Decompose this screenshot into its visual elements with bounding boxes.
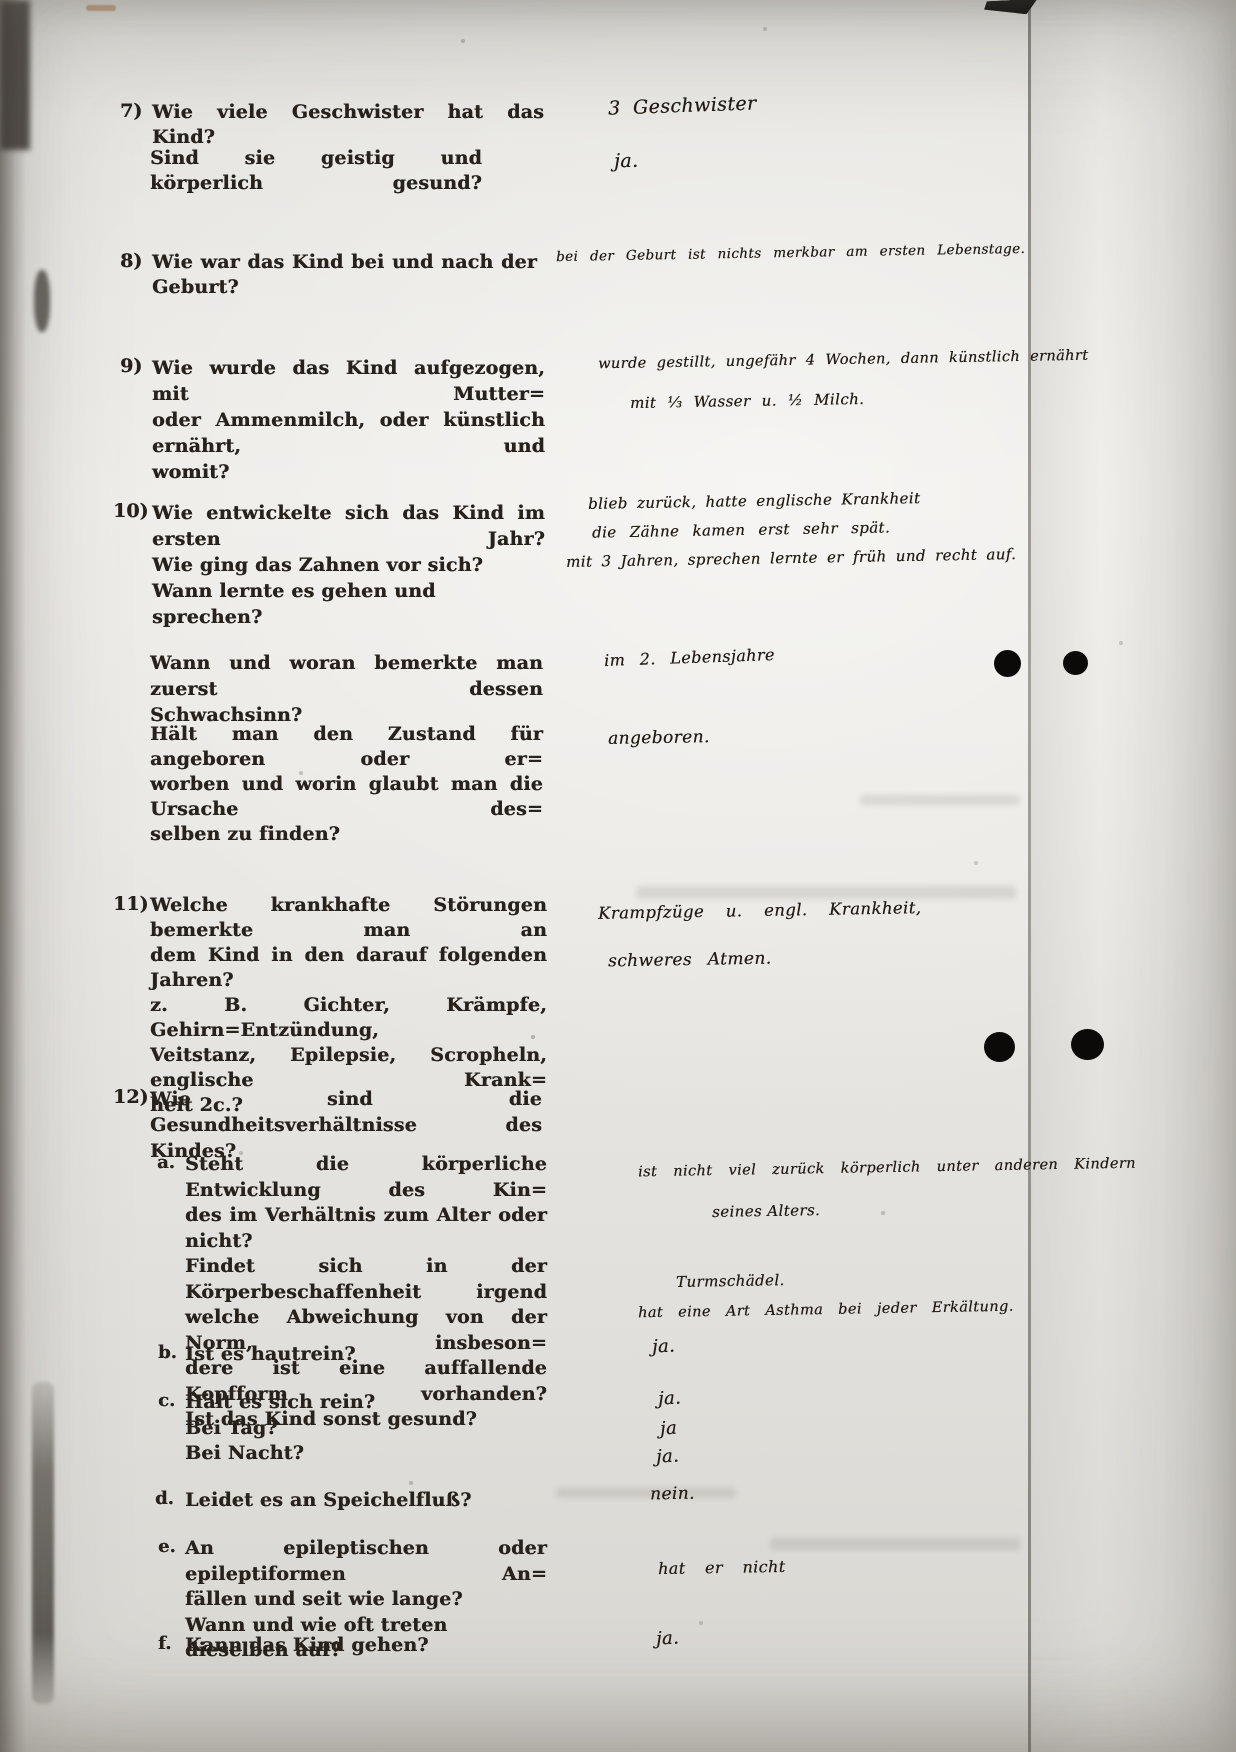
question-line: Wie entwickelte sich das Kind im ersten … [152,500,545,552]
question-line: Bei Tag? [185,1416,547,1442]
handwritten-answer: schweres Atmen. [608,949,772,972]
question-line: Hält man den Zustand für angeboren oder … [150,722,543,772]
question-line: Sind sie geistig und körperlich gesund? [150,146,482,196]
bleedthrough-smudge [636,886,1016,899]
handwritten-answer: nein. [650,1484,695,1505]
handwritten-answer: mit 3 Jahren, sprechen lernte er früh un… [566,545,1017,571]
question-line: fällen und seit wie lange? [185,1587,547,1613]
question-line: oder Ammenmilch, oder künstlich ernährt,… [152,407,545,459]
question-10-number: 10) [113,500,148,522]
scanned-questionnaire-page: 7) Wie viele Geschwister hat das Kind? S… [0,0,1236,1752]
question-line: Leidet es an Speichelfluß? [185,1488,547,1513]
bleedthrough-smudge [770,1538,1020,1550]
handwritten-answer: ja. [652,1336,676,1358]
handwritten-answer: bei der Geburt ist nichts merkbar am ers… [556,241,1025,265]
handwritten-answer: angeboren. [608,727,710,749]
question-line: worben und worin glaubt man die Ursache … [150,772,543,822]
question-line: Hält es sich rein? [185,1390,547,1416]
punch-hole [994,650,1021,677]
item-d-letter: d. [155,1488,174,1509]
handwritten-answer: hat eine Art Asthma bei jeder Erkältung. [638,1299,1014,1322]
handwritten-answer: hat er nicht [658,1557,786,1578]
handwritten-answer: seines Alters. [712,1201,820,1221]
question-11-number: 11) [113,893,148,915]
question-10c-text: Hält man den Zustand für angeboren oder … [150,722,543,847]
question-9-number: 9) [120,355,142,377]
question-line: selben zu finden? [150,822,543,847]
question-7-text-2: Sind sie geistig und körperlich gesund? [150,146,482,196]
question-line: Steht die körperliche Entwicklung des Ki… [185,1152,547,1203]
handwritten-answer: ja. [656,1446,680,1468]
question-7-number: 7) [120,100,142,122]
question-line: Wie viele Geschwister hat das Kind? [152,100,544,150]
item-c-letter: c. [158,1390,175,1411]
bleedthrough-smudge [556,1488,736,1498]
question-line: Wie sind die Gesundheitsverhältnisse des [150,1086,542,1138]
question-10-text: Wie entwickelte sich das Kind im ersten … [152,500,545,630]
question-line: An epileptischen oder epileptiformen An= [185,1536,547,1587]
question-12b-text: Ist es hautrein? [185,1342,547,1367]
question-line: womit? [152,459,545,485]
handwritten-answer: ja. [614,150,639,172]
handwritten-answer: ja. [656,1628,680,1650]
item-a-letter: a. [157,1152,175,1173]
question-line: Bei Nacht? [185,1441,547,1467]
question-line: Wann und woran bemerkte man zuerst desse… [150,650,543,702]
question-10b-text: Wann und woran bemerkte man zuerst desse… [150,650,543,728]
handwritten-answer: blieb zurück, hatte englische Krankheit [588,489,921,513]
question-line: des im Verhältnis zum Alter oder nicht? [185,1203,547,1254]
handwritten-answer: ja [659,1418,677,1440]
question-line: Findet sich in der Körperbeschaffenheit … [185,1254,547,1305]
left-edge-dark-streak [32,1382,54,1704]
question-12c-text: Hält es sich rein? Bei Tag? Bei Nacht? [185,1390,547,1467]
question-line: Wann lernte es gehen und sprechen? [152,578,545,630]
handwritten-answer: im 2. Lebensjahre [604,645,775,670]
paper-speckles [0,0,2,2]
left-scan-edge-dark-top [0,0,30,150]
question-line: Wie wurde das Kind aufgezogen, mit Mutte… [152,355,545,407]
handwritten-answer: ja. [658,1388,682,1410]
question-line: z. B. Gichter, Krämpfe, Gehirn=Entzündun… [150,993,547,1043]
bleedthrough-smudge [860,795,1020,805]
question-9-text: Wie wurde das Kind aufgezogen, mit Mutte… [152,355,545,485]
handwritten-answer: Krampfzüge u. engl. Krankheit, [598,898,922,923]
question-line: Kann das Kind gehen? [185,1633,547,1658]
item-f-letter: f. [158,1633,171,1654]
left-edge-ink-blob [34,270,50,332]
question-line: Ist es hautrein? [185,1342,547,1367]
right-page-edge-area [1031,0,1236,1752]
question-7-text: Wie viele Geschwister hat das Kind? [152,100,544,150]
punch-hole [984,1032,1015,1062]
handwritten-answer: 3 Geschwister [608,92,757,119]
question-8-text: Wie war das Kind bei und nach der Geburt… [152,250,537,300]
top-edge-rust-mark [86,5,116,11]
item-b-letter: b. [158,1342,177,1363]
item-e-letter: e. [158,1536,176,1557]
question-12f-text: Kann das Kind gehen? [185,1633,547,1658]
question-11-text: Welche krankhafte Störungen bemerkte man… [150,893,547,1118]
question-line: Wie war das Kind bei und nach der Geburt… [152,250,537,300]
punch-hole [1071,1029,1104,1060]
question-8-number: 8) [120,250,142,272]
punch-hole [1063,651,1088,675]
question-12d-text: Leidet es an Speichelfluß? [185,1488,547,1513]
handwritten-answer: Turmschädel. [676,1271,785,1291]
handwritten-answer: die Zähne kamen erst sehr spät. [592,518,890,541]
handwritten-answer: wurde gestillt, ungefähr 4 Wochen, dann … [598,348,1089,373]
question-line: Wie ging das Zahnen vor sich? [152,552,545,578]
question-12-number: 12) [113,1086,148,1108]
handwritten-answer: mit ⅓ Wasser u. ½ Milch. [630,390,865,412]
question-line: Welche krankhafte Störungen bemerkte man… [150,893,547,943]
left-scan-edge-shadow [0,0,26,1752]
question-line: dem Kind in den darauf folgenden Jahren? [150,943,547,993]
